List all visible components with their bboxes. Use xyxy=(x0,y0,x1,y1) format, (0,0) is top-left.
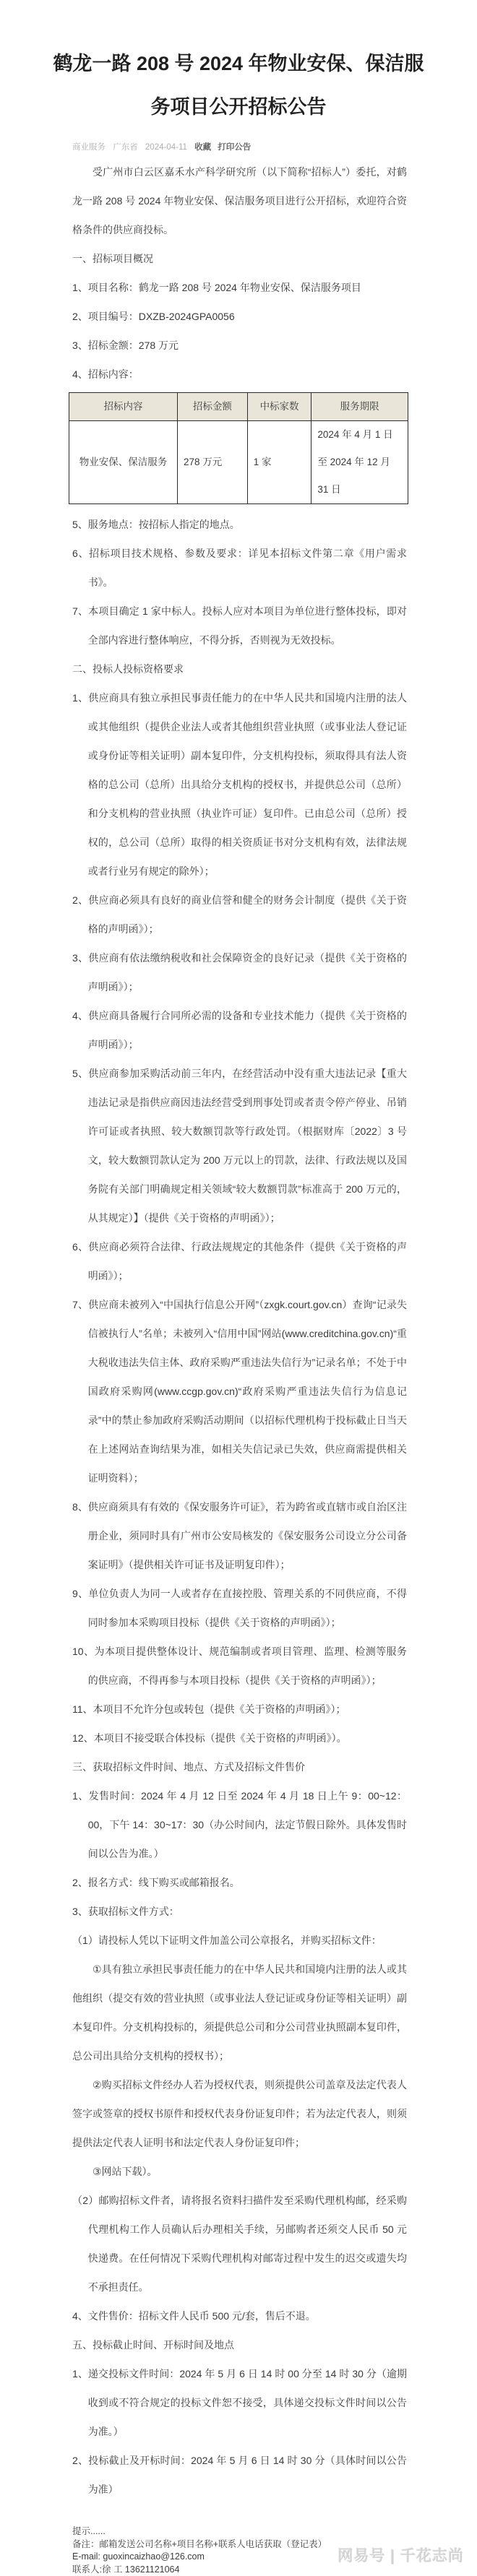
section-heading-1: 一、招标项目概况 xyxy=(72,244,407,273)
list-item: 2、供应商必须具有良好的商业信誉和健全的财务会计制度（提供《关于资格的声明函》）… xyxy=(72,886,407,943)
publish-date: 2024-04-11 xyxy=(145,143,187,152)
list-item: 3、招标金额：278 万元 xyxy=(72,331,407,360)
list-item: 8、供应商须具有有效的《保安服务许可证》，若为跨省或直辖市或自治区注册企业，须同… xyxy=(72,1492,407,1579)
tender-content-table: 招标内容 招标金额 中标家数 服务期限 物业安保、保洁服务 278 万元 1 家… xyxy=(69,392,408,504)
list-item: 2、项目编号：DXZB-2024GPA0056 xyxy=(72,302,407,331)
list-item: 5、供应商参加采购活动前三年内，在经营活动中没有重大违法记录【重大违法记录是指供… xyxy=(72,1059,407,1232)
region-label: 广东省 xyxy=(113,143,138,152)
sub-list-item: ②购买招标文件经办人若为授权代表，则须提供公司盖章及法定代表人签字或签章的授权书… xyxy=(72,2070,407,2157)
list-item: 4、招标内容： xyxy=(72,360,407,389)
list-item: 1、供应商具有独立承担民事责任能力的在中华人民共和国境内注册的法人或其他组织（提… xyxy=(72,683,407,886)
table-cell-period: 2024 年 4 月 1 日至 2024 年 12 月 31 日 xyxy=(311,421,408,504)
list-item: 1、项目名称：鹤龙一路 208 号 2024 年物业安保、保洁服务项目 xyxy=(72,273,407,302)
list-item: 1、递交投标文件时间：2024 年 5 月 6 日 14 时 00 分至 14 … xyxy=(72,2359,407,2446)
list-item: 10、为本项目提供整体设计、规范编制或者项目管理、监理、检测等服务的供应商，不得… xyxy=(72,1637,407,1695)
list-item: （1）请投标人凭以下证明文件加盖公司公章报名，并购买招标文件： xyxy=(72,1926,407,1955)
table-cell-winners: 1 家 xyxy=(247,421,311,504)
table-header-cell: 服务期限 xyxy=(311,393,408,421)
list-item: 3、供应商有依法缴纳税收和社会保障资金的良好记录（提供《关于资格的声明函》）； xyxy=(72,943,407,1001)
sub-list-item: ①具有独立承担民事责任能力的在中华人民共和国境内注册的法人或其他组织（提交有效的… xyxy=(72,1955,407,2070)
page-title: 鹤龙一路 208 号 2024 年物业安保、保洁服务项目公开招标公告 xyxy=(0,13,477,129)
list-item: 9、单位负责人为同一人或者存在直接控股、管理关系的不同供应商，不得同时参加本采购… xyxy=(72,1579,407,1637)
favorite-button[interactable]: 收藏 xyxy=(194,143,211,152)
list-item: 2、报名方式：线下购买或邮箱报名。 xyxy=(72,1868,407,1897)
list-item: 6、招标项目技术规格、参数及要求：详见本招标文件第二章《用户需求书》。 xyxy=(72,539,407,597)
table-header-cell: 招标内容 xyxy=(69,393,178,421)
list-item: 6、供应商必须符合法律、行政法规规定的其他条件（提供《关于资格的声明函》）； xyxy=(72,1232,407,1290)
table-header-row: 招标内容 招标金额 中标家数 服务期限 xyxy=(69,393,408,421)
table-header-cell: 中标家数 xyxy=(247,393,311,421)
list-item: 7、供应商未被列入“中国执行信息公开网”（zxgk.court.gov.cn）查… xyxy=(72,1290,407,1492)
intro-paragraph: 受广州市白云区嘉禾水产科学研究所（以下简称“招标人”）委托，对鹤龙一路 208 … xyxy=(72,157,407,244)
print-button[interactable]: 打印公告 xyxy=(218,143,251,152)
site-watermark: 网易号 | 千花志尚 xyxy=(338,2544,464,2566)
article-meta: 商业服务 广东省 2024-04-11 收藏 打印公告 xyxy=(72,142,477,153)
list-item: （2）邮购招标文件者，请将报名资料扫描件发至采购代理机构邮，经采购代理机构工作人… xyxy=(72,2186,407,2301)
list-item: 2、投标截止及开标时间：2024 年 5 月 6 日 14 时 30 分（具体时… xyxy=(72,2446,407,2504)
list-item: 12、本项目不接受联合体投标（提供《关于资格的声明函》）。 xyxy=(72,1724,407,1752)
list-item: 1、发售时间：2024 年 4 月 12 日至 2024 年 4 月 18 日上… xyxy=(72,1781,407,1868)
table-header-cell: 招标金额 xyxy=(178,393,248,421)
list-item: 5、服务地点：按招标人指定的地点。 xyxy=(72,510,407,539)
section-heading-3: 三、获取招标文件时间、地点、方式及招标文件售价 xyxy=(72,1752,407,1781)
list-item: 11、本项目不允许分包或转包（提供《关于资格的声明函》）； xyxy=(72,1695,407,1724)
list-item: 4、文件售价：招标文件人民币 500 元/套，售后不退。 xyxy=(72,2301,407,2330)
announcement-page: 鹤龙一路 208 号 2024 年物业安保、保洁服务项目公开招标公告 商业服务 … xyxy=(0,0,477,2576)
hint-line: 提示...... xyxy=(72,2525,477,2538)
document-body: 受广州市白云区嘉禾水产科学研究所（以下简称“招标人”）委托，对鹤龙一路 208 … xyxy=(0,153,477,2504)
list-item: 3、获取招标文件方式： xyxy=(72,1897,407,1926)
sub-list-item: ③网站下载）。 xyxy=(72,2157,407,2186)
table-cell-content: 物业安保、保洁服务 xyxy=(69,421,178,504)
section-heading-2: 二、投标人投标资格要求 xyxy=(72,654,407,683)
table-row: 物业安保、保洁服务 278 万元 1 家 2024 年 4 月 1 日至 202… xyxy=(69,421,408,504)
list-item: 4、供应商具备履行合同所必需的设备和专业技术能力（提供《关于资格的声明函》）； xyxy=(72,1001,407,1059)
table-cell-amount: 278 万元 xyxy=(178,421,248,504)
list-item: 7、本项目确定 1 家中标人。投标人应对本项目为单位进行整体投标，即对全部内容进… xyxy=(72,597,407,654)
section-heading-5: 五、投标截止时间、开标时间及地点 xyxy=(72,2330,407,2359)
category-label: 商业服务 xyxy=(72,143,106,152)
